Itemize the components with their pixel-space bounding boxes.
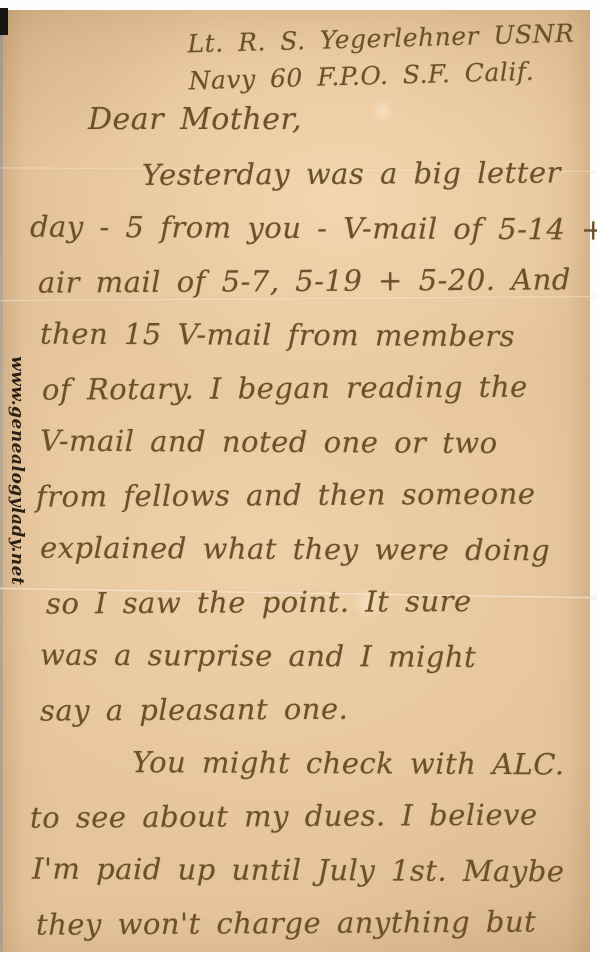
letter-line: then 15 V-mail from members: [30, 307, 578, 363]
scan-edge-artifact: [0, 10, 3, 952]
letter-line: V-mail and noted one or two: [30, 414, 578, 470]
letter-line: was a surprise and I might: [30, 628, 578, 684]
watermark-text: www.genealogylady.net: [4, 316, 30, 626]
letter-line: say a pleasant one.: [30, 681, 578, 738]
letter-line: air mail of 5-7, 5-19 + 5-20. And: [30, 253, 578, 310]
letter-line: from fellows and then someone: [30, 467, 578, 524]
salutation: Dear Mother,: [88, 102, 302, 137]
letter-line: day - 5 from you - V-mail of 5-14 + 19: [30, 200, 578, 256]
letter-body: Yesterday was a big letter day - 5 from …: [30, 148, 578, 951]
scanned-letter-page: www.genealogylady.net Lt. R. S. Yegerleh…: [0, 0, 597, 960]
scan-corner-artifact: [0, 8, 8, 35]
paper-stain: [370, 100, 396, 122]
letter-line: I'm paid up until July 1st. Maybe: [30, 842, 578, 898]
letter-line: to see about my dues. I believe: [30, 788, 578, 845]
letter-line: they won't charge anything but: [30, 895, 578, 952]
letter-line: Yesterday was a big letter: [30, 146, 578, 203]
letter-line: You might check with ALC.: [30, 735, 578, 791]
letter-line: so I saw the point. It sure: [30, 574, 578, 631]
letter-line: of Rotary. I began reading the: [30, 360, 578, 417]
letter-line: explained what they were doing: [30, 521, 578, 577]
letter-header: Lt. R. S. Yegerlehner USNR Navy 60 F.P.O…: [187, 15, 576, 100]
